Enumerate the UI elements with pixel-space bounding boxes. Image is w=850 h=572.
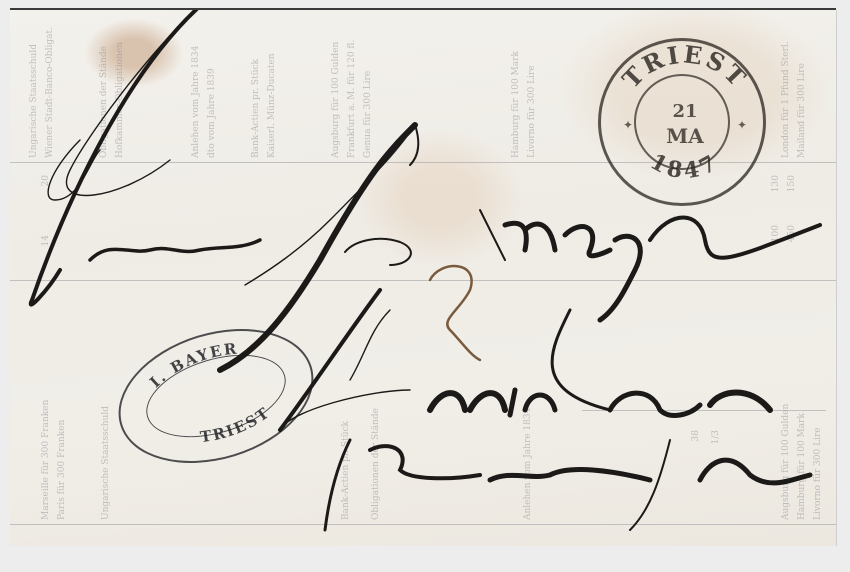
folded-letter: Ungarische Staatsschuld Wiener Stadt-Ban… [10,10,836,546]
handwritten-address [10,10,836,546]
